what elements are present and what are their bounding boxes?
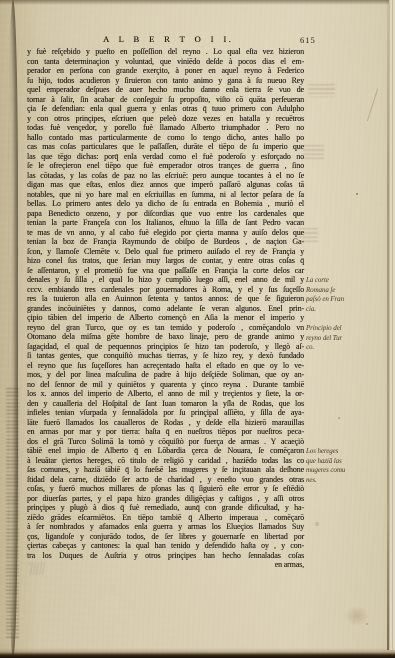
text-line: por diuerſas partes, y el papa hizo gran…	[27, 494, 304, 504]
text-line: tābiē enel impio de Alberto q̄ en Lōbard…	[27, 446, 304, 456]
text-block: y fuè reſçebido y pueſto en poſſeſſion d…	[27, 47, 304, 570]
running-title: A L B E R T O I I.	[103, 34, 233, 44]
page-right-edge-stack	[389, 0, 395, 650]
margin-note: Los hereges que haziā las mugeres comu n…	[306, 447, 364, 486]
paper-specks	[356, 193, 358, 195]
text-line: las cōtadas, y las coſas de paz no las e…	[27, 171, 304, 181]
text-line: çipio tābien del imperio de Alberto come…	[27, 313, 304, 323]
text-line: ſcon, y llamoſe Clemēte v. Delo qual fue…	[27, 247, 304, 257]
text-line: perador en perſona con grande exerçito, …	[27, 66, 304, 76]
text-line: notables, que ni yo hare mal en eſcriuil…	[27, 190, 304, 200]
text-line: cas mas coſas particulares que le paſſaſ…	[27, 142, 304, 152]
text-line: denales y ſu ſilla , el qual lo hizo y c…	[27, 275, 304, 285]
gutter-showthrough-text	[6, 388, 19, 640]
text-line: ſe aſſentaron, y el prometiò fue vna que…	[27, 266, 304, 276]
text-line: en armas por mar y por tierra: haſta q̄ …	[27, 427, 304, 437]
text-line: mos, y del por linea maſculina de padre …	[27, 370, 304, 380]
text-line: dos el grā Turco Solimā la tomò y cōquiſ…	[27, 437, 304, 447]
text-line: ſtidad dela carne, diziēdo ſer acto de c…	[27, 475, 304, 485]
text-line: te mas de vn anno, y al cabo fuè elegido…	[27, 228, 304, 238]
text-line: en armas,	[27, 560, 304, 570]
text-line: coſas, y fuerō muchos millares de pſonas…	[27, 484, 304, 494]
margin-note: Principio del reyno del Tur co.	[306, 324, 364, 353]
text-line: çiertas cabeças y cantones: la qual han …	[27, 541, 304, 551]
text-line: ziēdo grādes eſcarmiētos. En tiēpo tambi…	[27, 513, 304, 523]
text-line: den y caualleria del Hoſpital de ſant Iu…	[27, 399, 304, 409]
text-line: el reyno que ſus ſuçeſſores han acreçent…	[27, 361, 304, 371]
text-line: à ſer nombrados y afamados enla guerra y…	[27, 522, 304, 532]
text-line: ſas comunes, y haziā tābiē q̄ lo fueſsē …	[27, 465, 304, 475]
text-line: Otomano dela miſma gēte hombre de baxo l…	[27, 332, 304, 342]
text-line: ſi tantas gentes, que conquiſtò muchas t…	[27, 351, 304, 361]
text-line: çia ſe defendian: enla qual guerra y enl…	[27, 104, 304, 114]
text-line: cccv. embiando tres cardenales por gouer…	[27, 285, 304, 295]
text-line: y fuè reſçebido y pueſto en poſſeſſion d…	[27, 47, 304, 57]
text-line: no del ſennor de mil y quiniētos y quare…	[27, 380, 304, 390]
text-line: res la tuuieron alla en Auinnon ſetenta …	[27, 294, 304, 304]
text-line: digan mas que eſtas, enlos diez annos qu…	[27, 180, 304, 190]
text-line: prinçipes y plugò à dios q̄ fuè remediad…	[27, 503, 304, 513]
text-line: ſe le ofreçieron enel tiēpo que fuè empe…	[27, 161, 304, 171]
text-line: infieles tenian vſurpada y ſennalādola p…	[27, 408, 304, 418]
text-line: hallo contado mas particularmente de com…	[27, 133, 304, 143]
text-line: bellas. Lo primero antes delo ya dicho d…	[27, 199, 304, 209]
text-line: papa Benedicto onzeno, y por diſcordias …	[27, 209, 304, 219]
text-line: à leuātar çiertos hereges, cō titulo de …	[27, 456, 304, 466]
text-line: reyno del gran Turco, que oy es tan temi…	[27, 323, 304, 333]
page-top-edge	[0, 0, 395, 5]
faint-pencil-mark	[29, 562, 45, 575]
text-line: todas fuè vençedor, y porello fuè llamad…	[27, 123, 304, 133]
text-line: ſagaçidad, el qual de pequennos prinçipi…	[27, 342, 304, 352]
page-bottom-edge	[0, 648, 395, 658]
text-line: tornar à ſalir, ſin acabar de conſeguir …	[27, 95, 304, 105]
page-number: 615	[300, 35, 316, 45]
margin-note: La corte Romana ſe paſsò en Fran cia.	[306, 276, 364, 315]
text-line: tenian la parte Françeſa con los Italian…	[27, 218, 304, 228]
text-line: los x. annos del imperio de Alberto, el …	[27, 389, 304, 399]
book-page-scan: A L B E R T O I I. 615 y fuè reſçebido y…	[0, 0, 395, 658]
text-line: tenian la boz de Françia Raymundo de obi…	[27, 237, 304, 247]
text-line: ſu hijo, todos acudieron y ſiruieron con…	[27, 76, 304, 86]
text-line: tra los Duques de Auſtria y otros prinçi…	[27, 551, 304, 561]
text-line: ços, ligandoſe y conjurādo todos, de ſer…	[27, 532, 304, 542]
text-line: con tanta determinaçion y voluntad, que …	[27, 57, 304, 67]
text-line: hizo conel ſus tratos, que ſerian muy la…	[27, 256, 304, 266]
text-line: lāte fuerō llamados los caualleros de Ro…	[27, 418, 304, 428]
text-line: quel emperador deſpues de auer hecho muc…	[27, 85, 304, 95]
showthrough-smudge	[299, 228, 318, 245]
text-line: grandes incōuiniētes y dannos, como adel…	[27, 304, 304, 314]
text-line: y con otros prinçipes, eſcriuen que pele…	[27, 114, 304, 124]
showthrough-smudge	[308, 84, 335, 97]
showthrough-smudge	[303, 145, 324, 159]
paper-stain	[345, 606, 369, 626]
text-line: las que tēgo dichas: porq̄ enla verdad c…	[27, 152, 304, 162]
